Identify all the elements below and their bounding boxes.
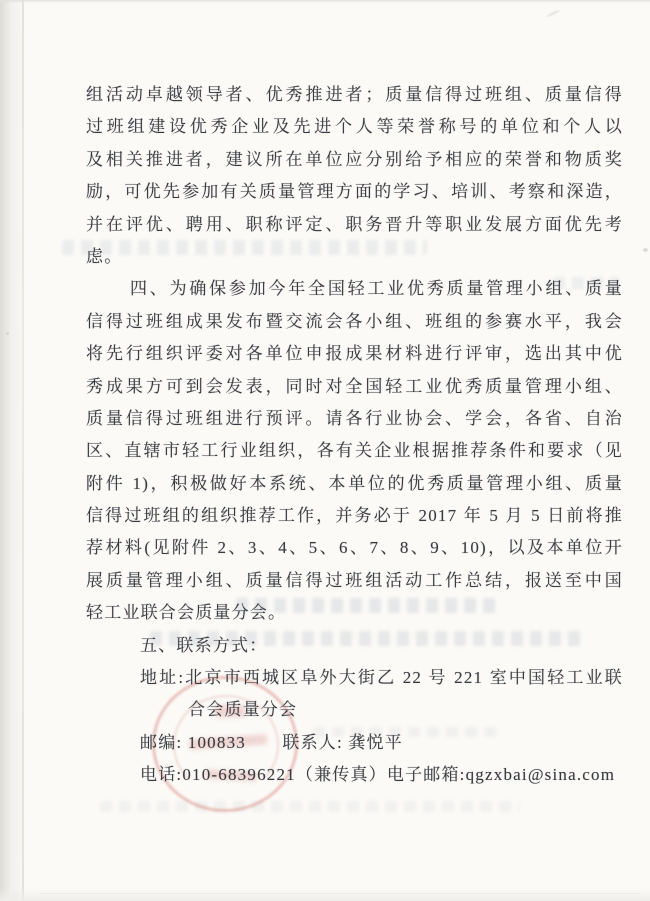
document-line: 将先行组织评委对各单位申报成果材料进行评审，选出其中优	[86, 338, 623, 370]
page-crease-line	[22, 0, 24, 901]
document-line: 区、直辖市轻工行业组织，各有关企业根据推荐条件和要求（见	[86, 435, 623, 467]
scan-speck	[546, 9, 560, 18]
document-line: 及相关推进者，建议所在单位应分别给予相应的荣誉和物质奖	[86, 144, 623, 176]
document-line: 荐材料(见附件 2、3、4、5、6、7、8、9、10)，以及本单位开	[86, 532, 623, 564]
scan-bottom-edge	[0, 888, 650, 901]
document-line: 信得过班组的组织推荐工作，并务必于 2017 年 5 月 5 日前将推	[86, 500, 623, 532]
scanned-document-page: { "colors": { "paper": "#fbfaf7", "ink":…	[0, 0, 650, 901]
contact-section-heading: 五、联系方式：	[86, 630, 623, 662]
scan-left-gutter	[10, 0, 22, 901]
document-line: 信得过班组成果发布暨交流会各小组、班组的参赛水平，我会	[86, 306, 623, 338]
document-line: 虑。	[86, 241, 623, 273]
scan-bottom-line	[40, 893, 640, 894]
document-line: 励，可优先参加有关质量管理方面的学习、培训、考察和深造，	[86, 176, 623, 208]
scan-speck	[643, 248, 648, 252]
scan-top-edge	[0, 0, 650, 3]
document-line: 并在评优、聘用、职称评定、职务晋升等职业发展方面优先考	[86, 209, 623, 241]
document-line: 展质量管理小组、质量信得过班组活动工作总结，报送至中国	[86, 565, 623, 597]
postal-and-contact-line: 邮编: 100833 联系人: 龚悦平	[86, 727, 623, 759]
address-line-1: 地址:北京市西城区阜外大街乙 22 号 221 室中国轻工业联	[86, 662, 623, 694]
section-4-heading-line: 四、为确保参加今年全国轻工业优秀质量管理小组、质量	[86, 273, 623, 305]
document-line: 质量信得过班组进行预评。请各行业协会、学会，各省、自治	[86, 403, 623, 435]
scan-speck	[6, 332, 9, 335]
document-line: 组活动卓越领导者、优秀推进者；质量信得过班组、质量信得	[86, 79, 623, 111]
document-line: 过班组建设优秀企业及先进个人等荣誉称号的单位和个人以	[86, 111, 623, 143]
document-line: 附件 1)，积极做好本系统、本单位的优秀质量管理小组、质量	[86, 468, 623, 500]
address-line-2: 合会质量分会	[86, 694, 623, 726]
document-line: 轻工业联合会质量分会。	[86, 597, 623, 629]
phone-email-line: 电话:010-68396221（兼传真）电子邮箱:qgzxbai@sina.co…	[86, 759, 623, 791]
document-line: 秀成果方可到会发表，同时对全国轻工业优秀质量管理小组、	[86, 371, 623, 403]
document-body: 组活动卓越领导者、优秀推进者；质量信得过班组、质量信得 过班组建设优秀企业及先进…	[86, 79, 623, 792]
scan-left-edge	[0, 0, 10, 901]
ink-bleedthrough	[100, 801, 520, 812]
